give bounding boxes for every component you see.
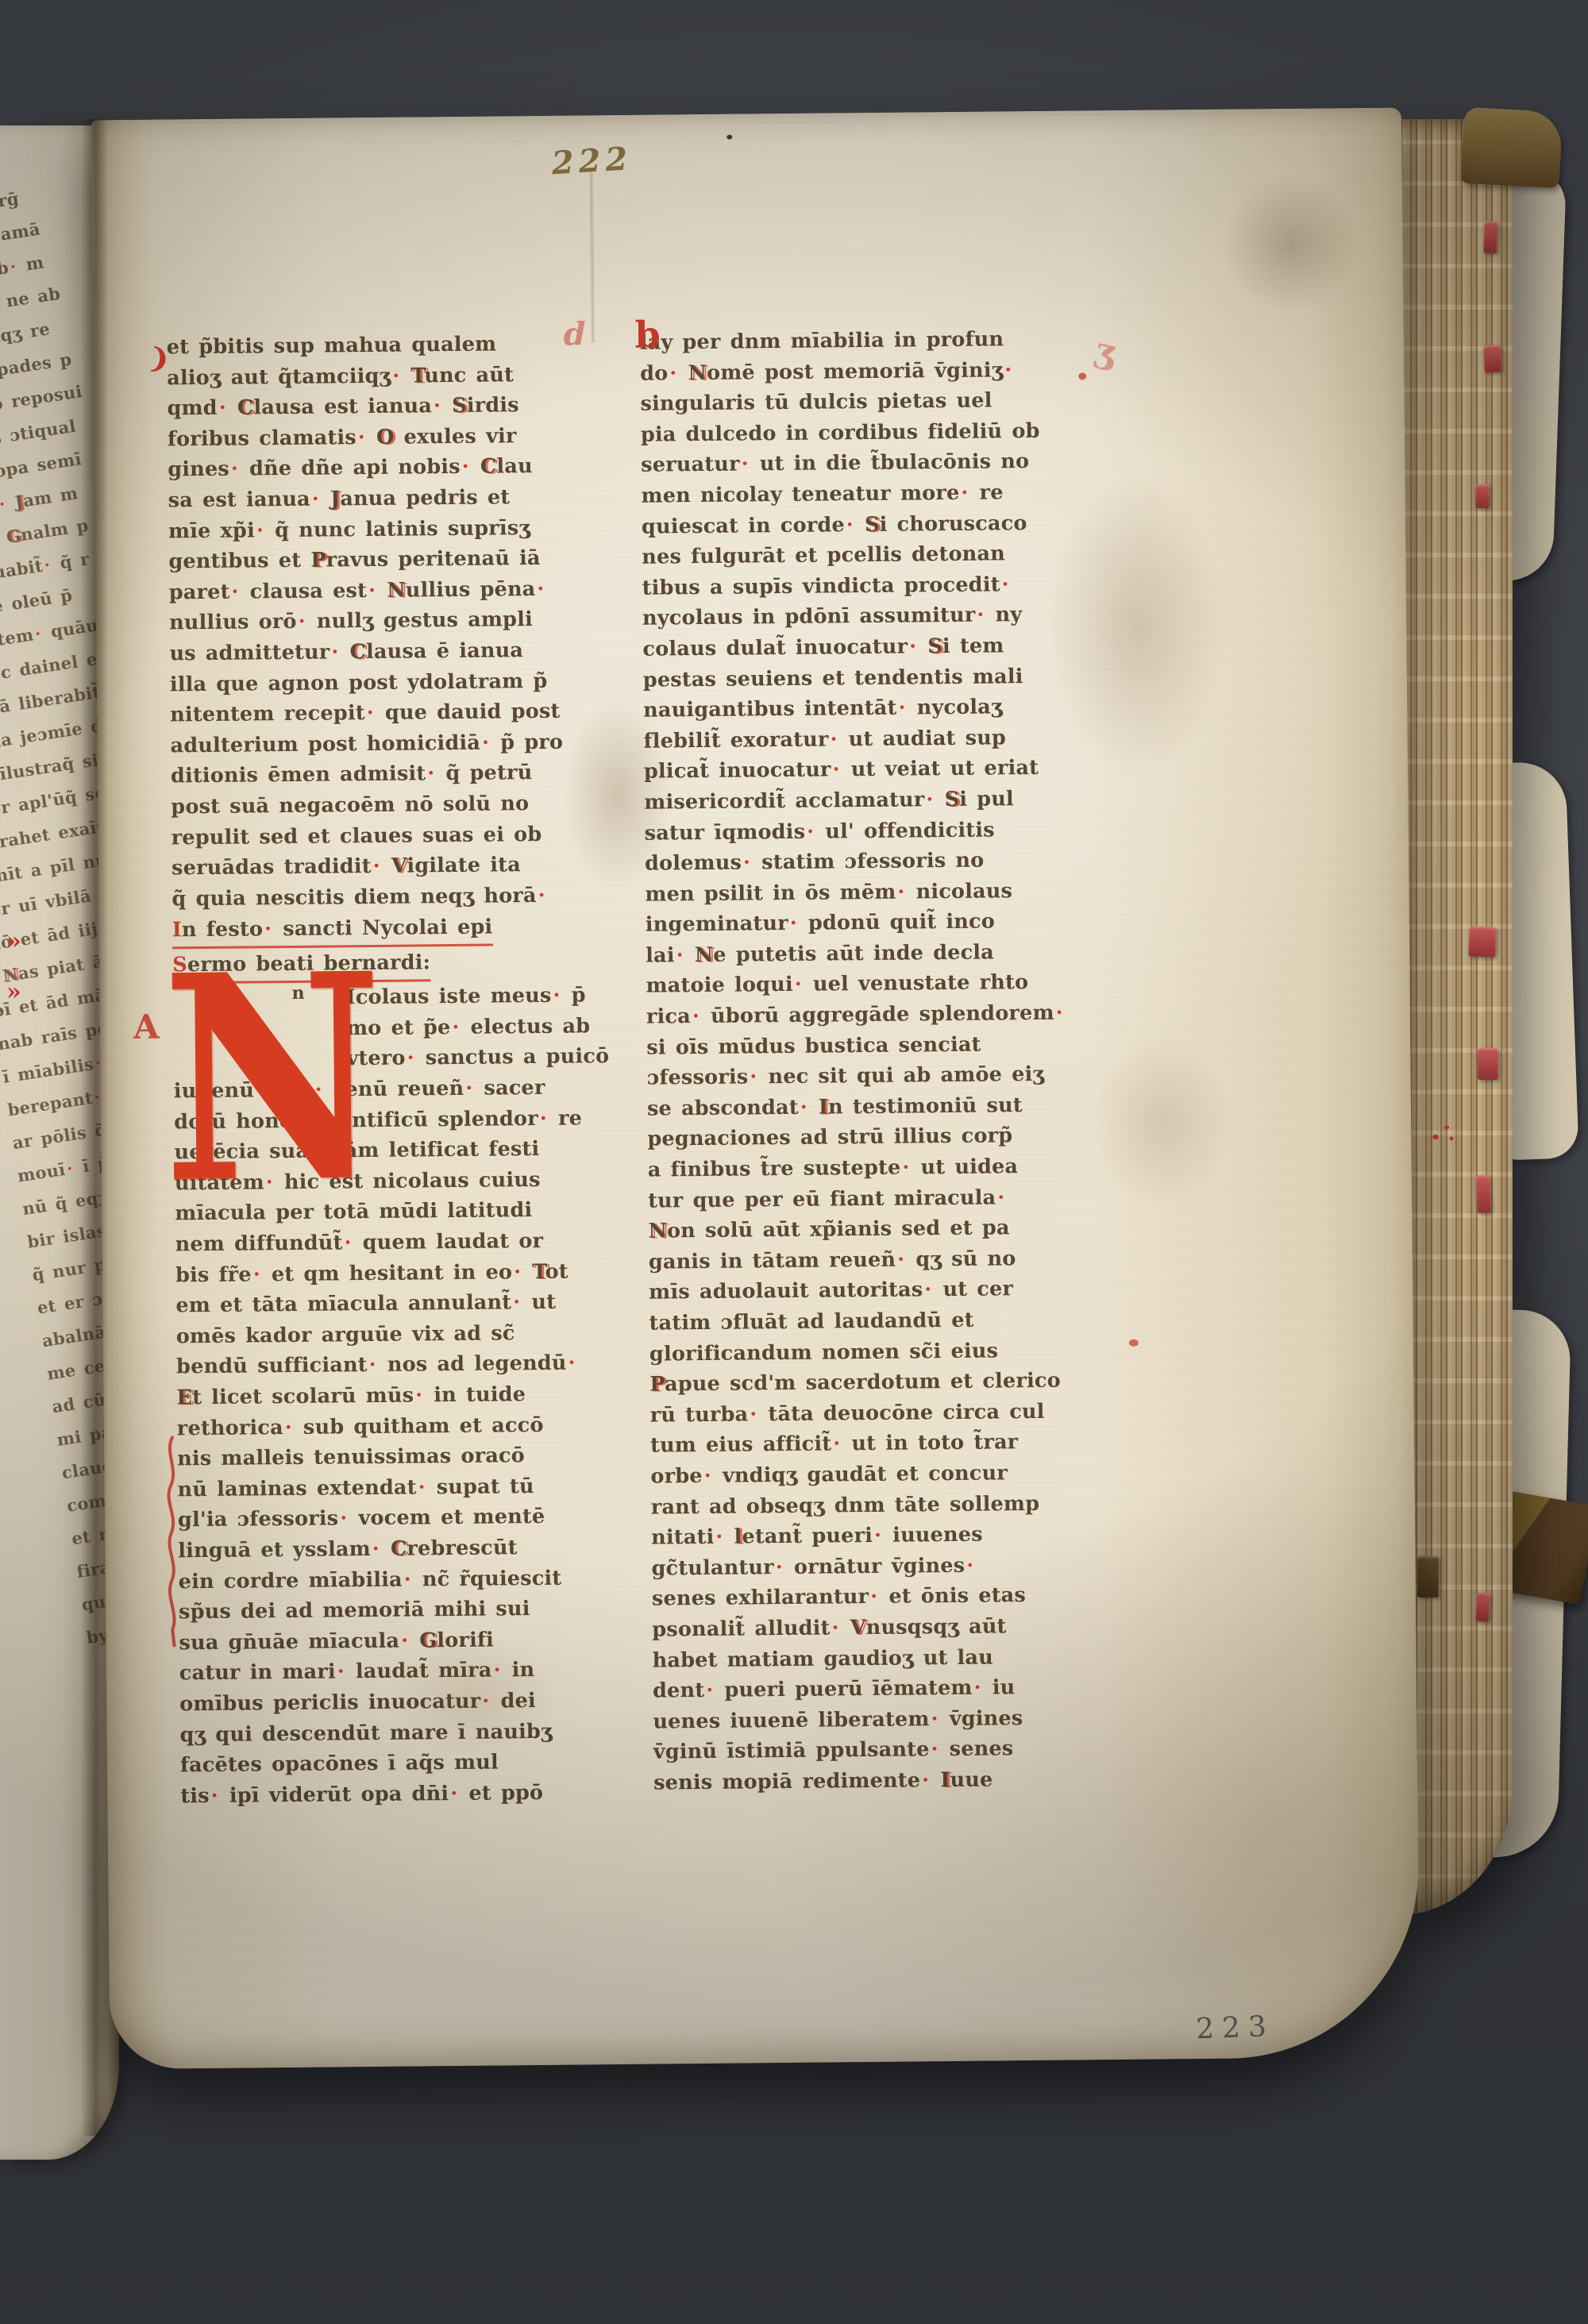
manuscript-page: 222 et p̃bitis sup mahua qualemalioʒ aut… xyxy=(91,107,1420,2069)
red-bookmark-tab xyxy=(1483,345,1501,373)
red-margin-mark: ❩ xyxy=(145,342,172,376)
red-bookmark-tab xyxy=(1483,222,1497,254)
parchment-crease xyxy=(591,172,594,342)
folio-number-stamp: 223 xyxy=(1195,2010,1274,2046)
headband xyxy=(1461,107,1563,188)
sermon-opening: N n Icolaus iste meus· p̄mo et p̃e· elec… xyxy=(172,981,605,1812)
red-margin-bracket xyxy=(163,1434,183,1648)
red-quote-mark: » xyxy=(6,978,21,1006)
left-text-column: et p̃bitis sup mahua qualemalioʒ aut q̃t… xyxy=(167,328,606,1811)
parchment-stain xyxy=(1195,148,1387,340)
parchment-stain xyxy=(1061,998,1262,1246)
red-bookmark-tab xyxy=(1475,484,1490,508)
right-text-column: lay per dnm mīabilia in profundo· Nomē p… xyxy=(640,323,1093,1798)
leather-bookmark-tab xyxy=(1417,1556,1439,1598)
illuminated-initial-N: N xyxy=(161,936,384,1221)
red-dot-mark xyxy=(1078,372,1086,380)
ink-speck xyxy=(727,135,732,140)
faded-red-squiggle: ʒ xyxy=(1091,330,1120,373)
red-quote-mark: » xyxy=(6,927,21,955)
red-bookmark-tab xyxy=(1476,1175,1491,1214)
margin-letter-a: A xyxy=(133,1008,160,1046)
folio-number-top: 222 xyxy=(503,137,680,186)
sermon-text: et p̃bitis sup mahua qualemalioʒ aut q̃t… xyxy=(167,328,597,914)
photograph-background: rex exeits corḡomīs āqʒ in amāmor Requiā… xyxy=(0,0,1588,2324)
margin-letter-d: d xyxy=(563,315,585,353)
red-bookmark-tab xyxy=(1468,926,1496,957)
red-dot-mark xyxy=(1129,1339,1139,1347)
red-bookmark-tab xyxy=(1475,1593,1490,1622)
red-pigment-specks xyxy=(1429,1121,1456,1145)
margin-letter-b: b xyxy=(634,313,661,356)
red-bookmark-tab xyxy=(1478,1048,1498,1080)
